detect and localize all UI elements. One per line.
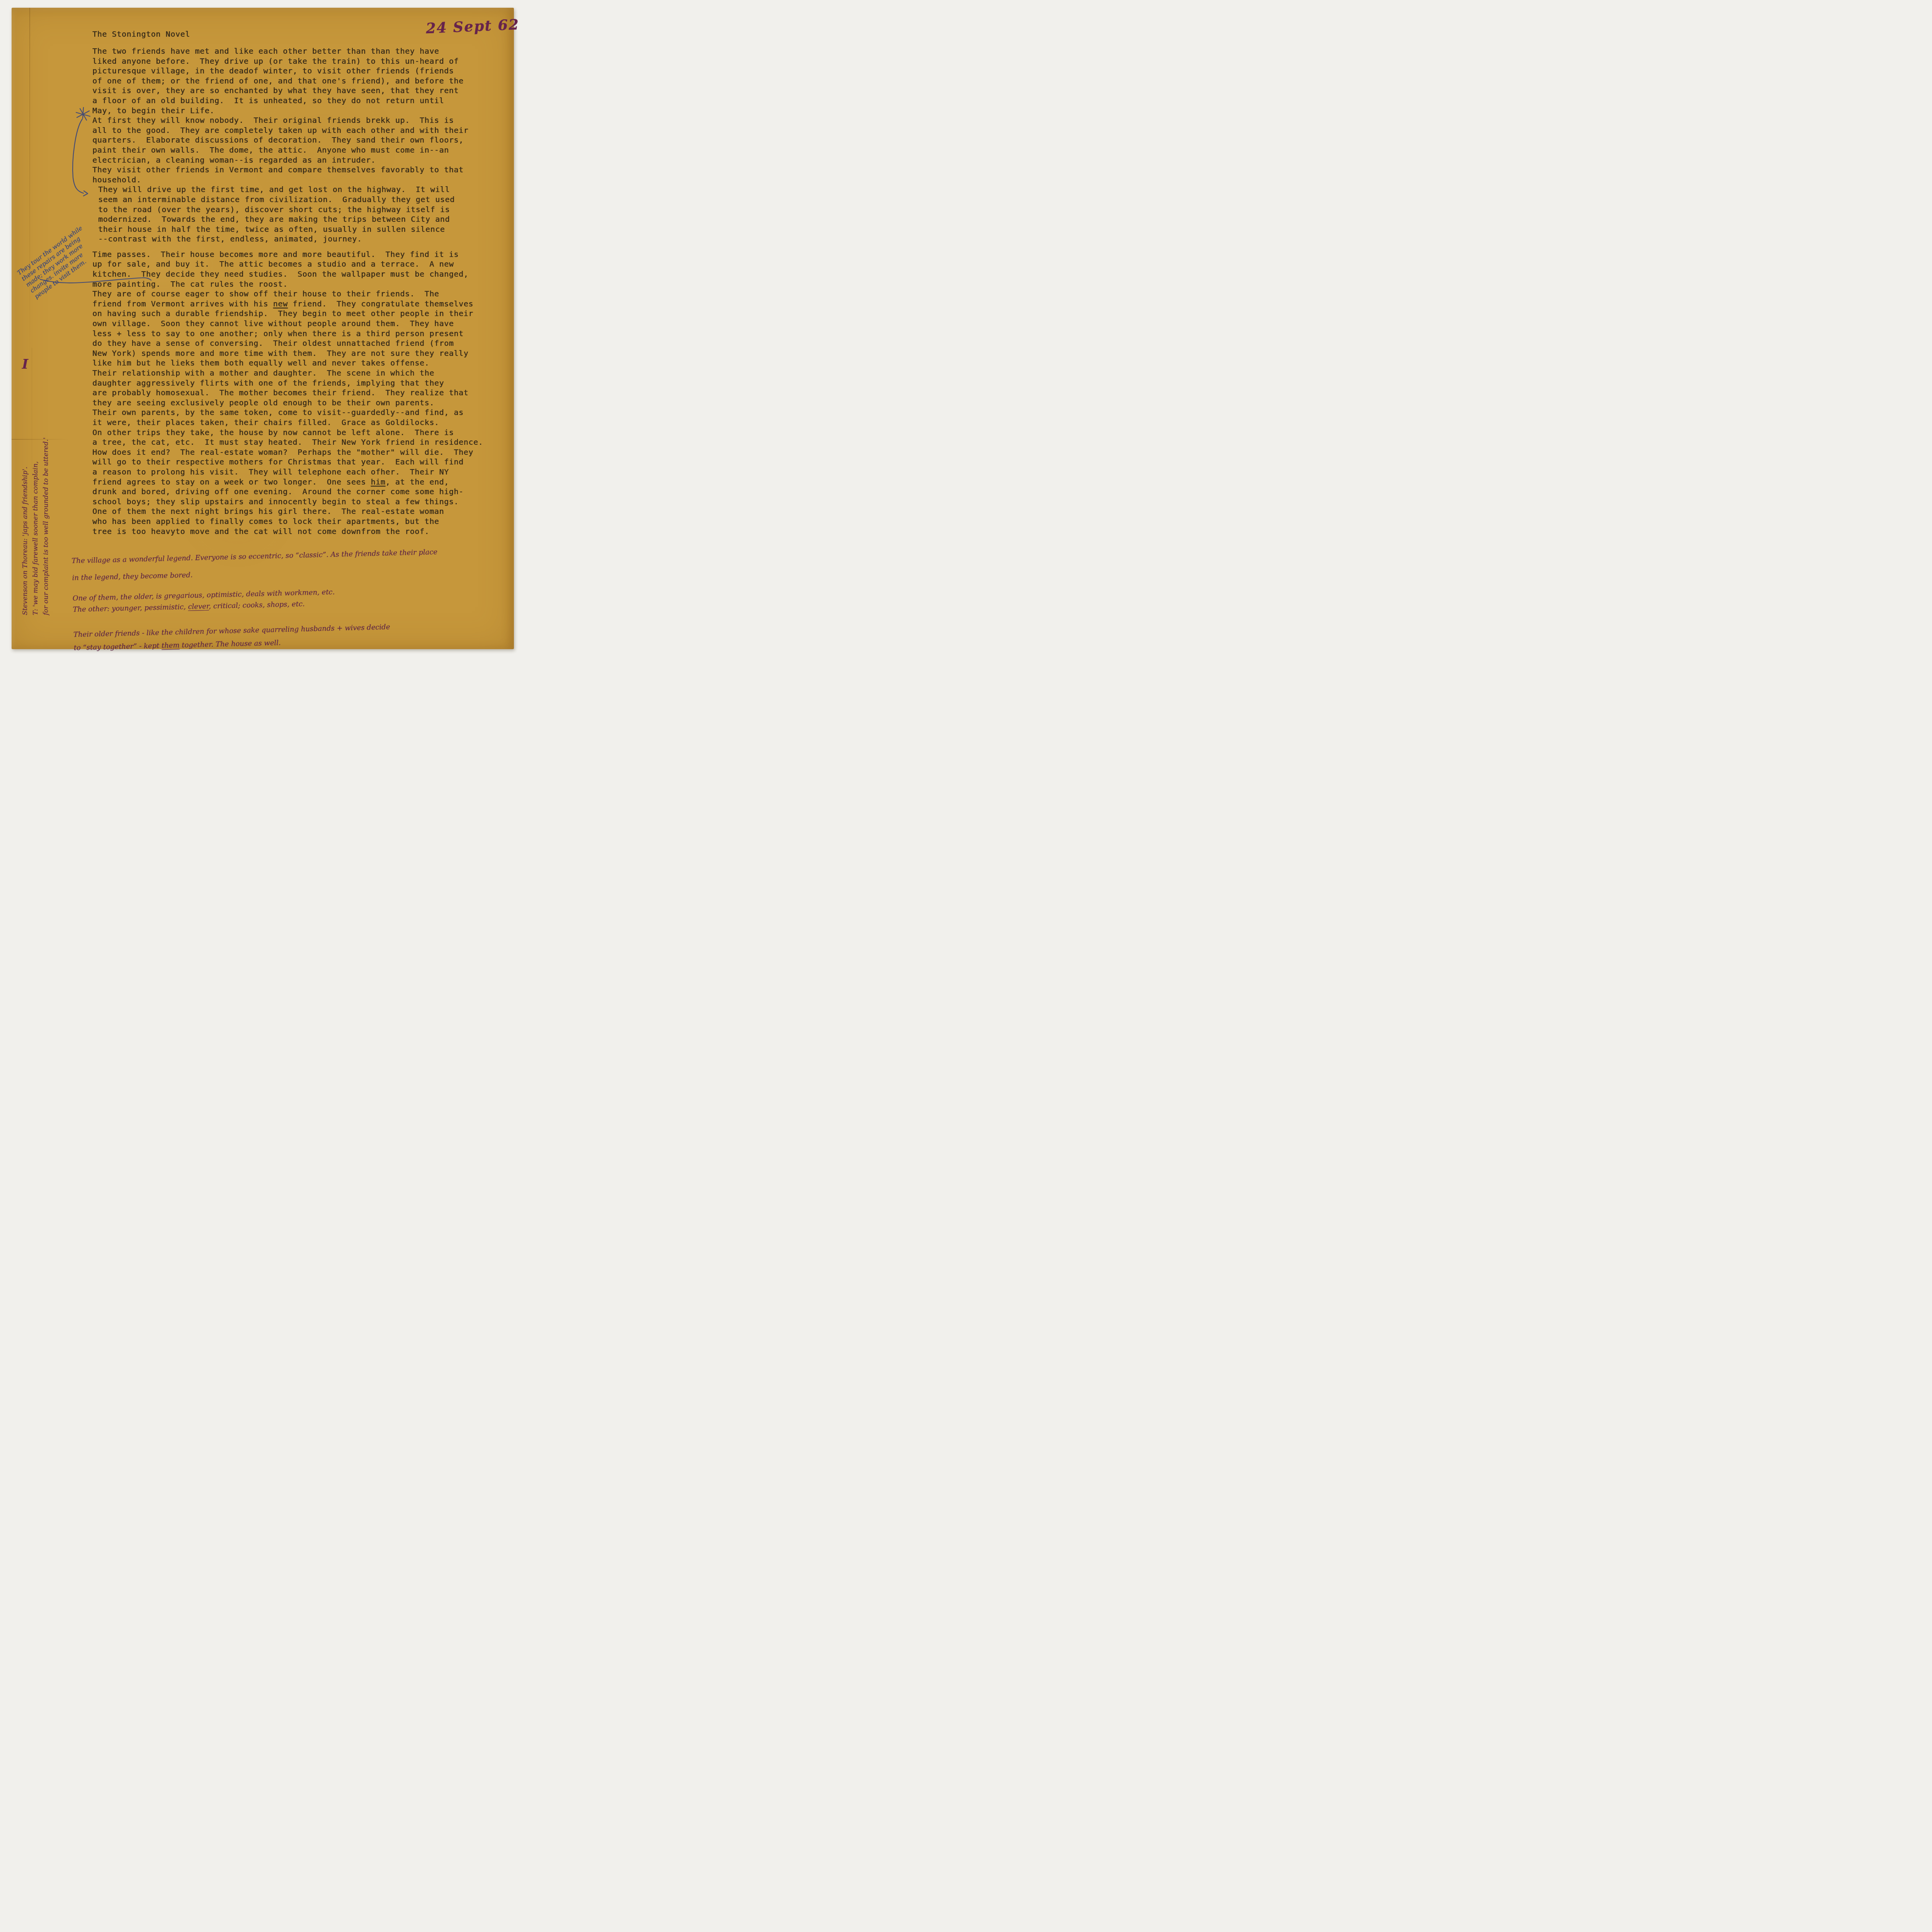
typed-line: visit is over, they are so enchanted by … xyxy=(92,86,483,96)
typed-line: One of them the next night brings his gi… xyxy=(92,507,483,517)
typed-line: on having such a durable friendship. The… xyxy=(92,309,483,319)
typed-line: are probably homosexual. The mother beco… xyxy=(92,388,483,398)
typed-line: Time passes. Their house becomes more an… xyxy=(92,250,483,260)
typed-line: up for sale, and buy it. The attic becom… xyxy=(92,259,483,269)
typed-line: quarters. Elaborate discussions of decor… xyxy=(92,135,483,145)
handwritten-note-block: The village as a wonderful legend. Every… xyxy=(71,543,463,587)
typed-line: paint their own walls. The dome, the att… xyxy=(92,145,483,155)
vertical-note-line: Stevenson on Thoreau: 'japs and friendsh… xyxy=(20,414,31,615)
date-annotation: 24 Sept 62 xyxy=(425,16,520,37)
typed-line: How does it end? The real-estate woman? … xyxy=(92,447,483,457)
typed-line: May, to begin their Life. xyxy=(92,106,483,116)
typed-line: all to the good. They are completely tak… xyxy=(92,126,483,136)
typed-line: drunk and bored, driving off one evening… xyxy=(92,487,483,497)
typed-paragraph: The two friends have met and like each o… xyxy=(92,46,483,116)
typed-paragraph: They are of course eager to show off the… xyxy=(92,289,483,536)
typed-line: They will drive up the first time, and g… xyxy=(92,185,483,195)
typed-line: it were, their places taken, their chair… xyxy=(92,418,483,428)
paper-crease-vertical xyxy=(29,8,30,367)
insert-star-icon xyxy=(76,107,90,120)
typed-line: They are of course eager to show off the… xyxy=(92,289,483,299)
typed-paragraph: At first they will know nobody. Their or… xyxy=(92,116,483,185)
typed-line: --contrast with the first, endless, anim… xyxy=(92,234,483,244)
typed-line: At first they will know nobody. Their or… xyxy=(92,116,483,126)
typed-line: more painting. The cat rules the roost. xyxy=(92,279,483,289)
manuscript-page: 24 Sept 62 The Stonington Novel The two … xyxy=(12,8,514,649)
typed-line: New York) spends more and more time with… xyxy=(92,349,483,359)
typed-line: Their relationship with a mother and dau… xyxy=(92,368,483,378)
typed-paragraph: They will drive up the first time, and g… xyxy=(92,185,483,244)
typed-line: school boys; they slip upstairs and inno… xyxy=(92,497,483,507)
typed-line: of one of them; or the friend of one, an… xyxy=(92,76,483,86)
typed-line: picturesque village, in the deadof winte… xyxy=(92,66,483,76)
typed-line: The two friends have met and like each o… xyxy=(92,46,483,56)
typed-line: a tree, the cat, etc. It must stay heate… xyxy=(92,437,483,447)
typed-line: like him but he lieks them both equally … xyxy=(92,358,483,368)
typed-line: to the road (over the years), discover s… xyxy=(92,205,483,215)
typed-line: daughter aggressively flirts with one of… xyxy=(92,378,483,388)
vertical-note-line: for our complaint is too well grounded t… xyxy=(41,414,51,615)
transpose-bracket xyxy=(73,119,83,193)
typed-line: will go to their respective mothers for … xyxy=(92,457,483,467)
typed-line: liked anyone before. They drive up (or t… xyxy=(92,56,483,66)
typed-line: tree is too heavyto move and the cat wil… xyxy=(92,527,483,537)
typed-line: who has been applied to finally comes to… xyxy=(92,517,483,527)
transpose-arrowhead xyxy=(83,191,88,196)
typed-line: They visit other friends in Vermont and … xyxy=(92,165,483,175)
typed-line: own village. Soon they cannot live witho… xyxy=(92,319,483,329)
typed-line: less + less to say to one another; only … xyxy=(92,329,483,339)
typed-line: a reason to prolong his visit. They will… xyxy=(92,467,483,477)
typescript-body: The two friends have met and like each o… xyxy=(92,46,483,536)
typed-line: modernized. Towards the end, they are ma… xyxy=(92,214,483,224)
typed-paragraph: Time passes. Their house becomes more an… xyxy=(92,250,483,289)
typed-line: do they have a sense of conversing. Thei… xyxy=(92,338,483,349)
handwritten-note-block: Their older friends - like the children … xyxy=(73,619,464,655)
typed-line: a floor of an old building. It is unheat… xyxy=(92,96,483,106)
handwritten-note-block: One of them, the older, is gregarious, o… xyxy=(72,583,463,616)
margin-note-vertical: Stevenson on Thoreau: 'japs and friendsh… xyxy=(20,414,53,615)
typed-line: friend from Vermont arrives with his new… xyxy=(92,299,483,309)
handwritten-notes: The village as a wonderful legend. Every… xyxy=(71,543,464,655)
typed-line: On other trips they take, the house by n… xyxy=(92,428,483,438)
margin-numeral: I xyxy=(22,357,28,372)
typed-line: they are seeing exclusively people old e… xyxy=(92,398,483,408)
typed-line: friend agrees to stay on a week or two l… xyxy=(92,477,483,487)
typed-line: household. xyxy=(92,175,483,185)
typed-line: seem an interminable distance from civil… xyxy=(92,195,483,205)
typed-line: their house in half the time, twice as o… xyxy=(92,224,483,235)
typed-line: kitchen. They decide they need studies. … xyxy=(92,269,483,279)
typed-line: electrician, a cleaning woman--is regard… xyxy=(92,155,483,165)
vertical-note-line: T: 'we may bid farewell sooner than comp… xyxy=(31,414,41,615)
typed-line: Their own parents, by the same token, co… xyxy=(92,408,483,418)
page-title: The Stonington Novel xyxy=(92,29,190,39)
